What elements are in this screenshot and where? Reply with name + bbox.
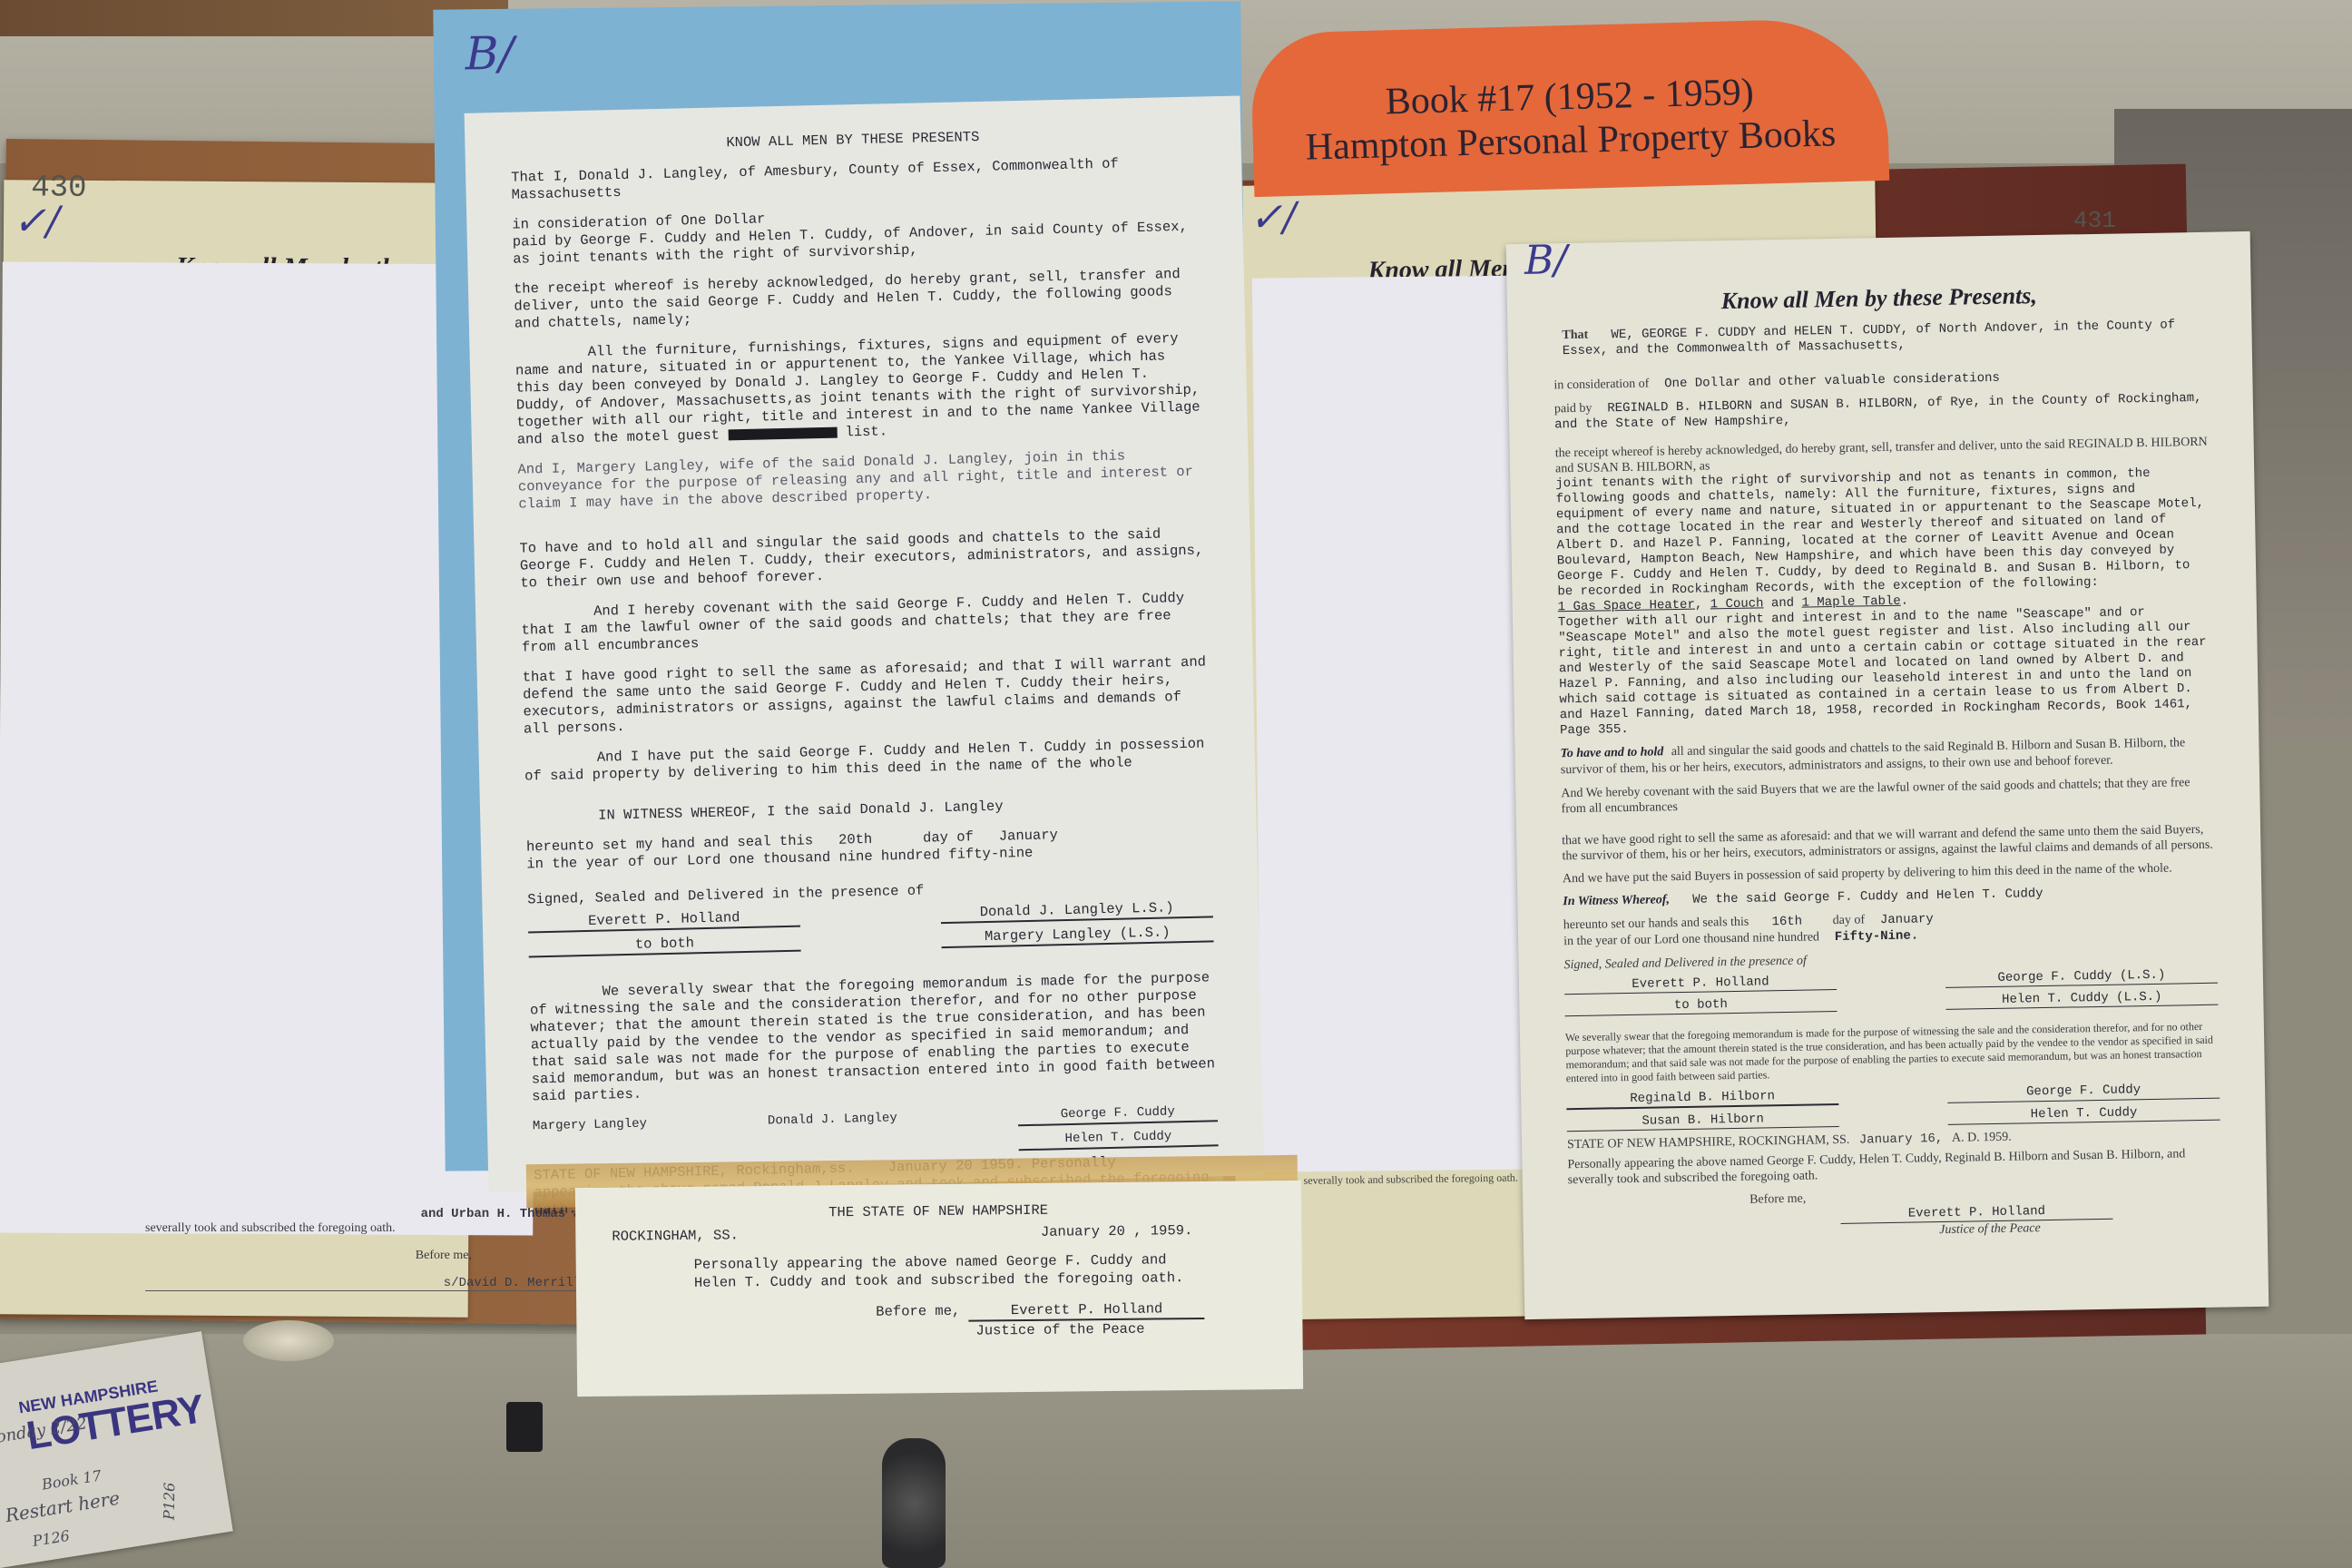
redaction-mark	[728, 427, 837, 441]
deed-title: KNOW ALL MEN BY THESE PRESENTS	[510, 124, 1195, 157]
deed-wife-release: And I, Margery Langley, wife of the said…	[517, 446, 1203, 513]
witness-to-both: to both	[528, 933, 800, 958]
book-index-tab: Book #17 (1952 - 1959) Hampton Personal …	[1250, 17, 1889, 197]
deed-possession: And I have put the said George F. Cuddy …	[524, 735, 1210, 785]
grantor-signature: Donald J. Langley L.S.)	[941, 898, 1213, 924]
check-mark-icon: ✓/	[1249, 194, 1296, 241]
deed-covenant: And I hereby covenant with the said Geor…	[521, 589, 1207, 656]
deed-langley-to-cuddy: KNOW ALL MEN BY THESE PRESENTS That I, D…	[465, 95, 1265, 1192]
check-mark-icon: ✓/	[13, 198, 60, 244]
deed-goods-continued: Together with all our right and interest…	[1558, 604, 2213, 740]
deed-habendum: To have and to hold all and singular the…	[519, 524, 1205, 592]
coin	[243, 1320, 334, 1361]
deed-title: Know all Men by these Presents,	[1553, 285, 2206, 312]
wife-signature: Margery Langley (L.S.)	[941, 923, 1213, 948]
deed-goods: joint tenants with the right of survivor…	[1555, 465, 2210, 601]
binder-clip	[506, 1402, 543, 1452]
deed-affidavit: We severally swear that the foregoing me…	[529, 969, 1217, 1105]
deed-goods: All the furniture, furnishings, fixtures…	[514, 330, 1201, 449]
drawer-knob	[882, 1438, 946, 1568]
lottery-note-card: NEW HAMPSHIRE LOTTERY Monday 2/22 Book 1…	[0, 1331, 233, 1568]
blank-sheet-mid	[1252, 275, 1552, 1171]
deed-notary-attachment: THE STATE OF NEW HAMPSHIRE ROCKINGHAM, S…	[575, 1181, 1303, 1396]
deed-grantor: That I, Donald J. Langley, of Amesbury, …	[511, 154, 1197, 204]
deed-cuddy-to-hilborn: B/ Know all Men by these Presents, That …	[1506, 231, 2269, 1319]
check-mark-icon: B/	[1524, 252, 1567, 269]
deed-warranty: that I have good right to sell the same …	[523, 653, 1210, 738]
deed-witness-clause: IN WITNESS WHEREOF, I the said Donald J.…	[525, 793, 1210, 826]
check-mark-icon: B/	[465, 27, 514, 81]
ledger-notary-fragment: and Urban H. Thomas a severally took and…	[145, 1207, 581, 1291]
wood-shelf	[0, 0, 508, 36]
deed-receipt: the receipt whereof is hereby acknowledg…	[514, 266, 1200, 333]
witness-signature: Everett P. Holland	[528, 908, 800, 934]
page-number: 431	[2073, 207, 2116, 234]
